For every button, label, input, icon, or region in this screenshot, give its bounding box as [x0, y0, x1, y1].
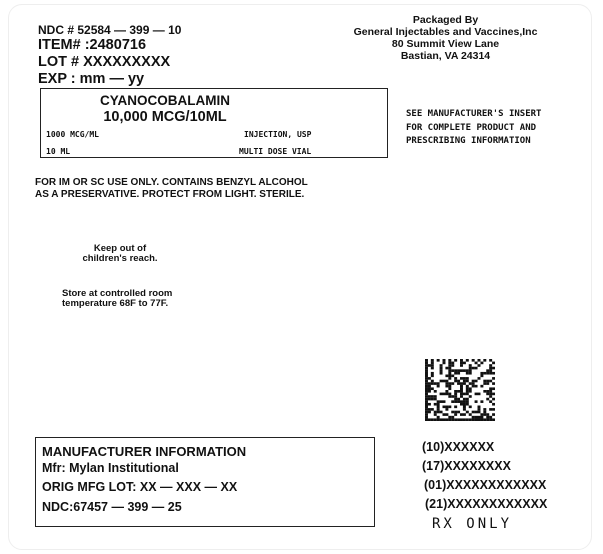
manufacturer-ndc: NDC:67457 — 399 — 25	[42, 497, 374, 517]
usage-warning: FOR IM OR SC USE ONLY. CONTAINS BENZYL A…	[35, 177, 308, 200]
lot-number: LOT # XXXXXXXXX	[38, 54, 181, 71]
product-identifiers: NDC # 52584 — 399 — 10 ITEM# :2480716 LO…	[38, 23, 181, 88]
concentration: 1000 MCG/ML	[46, 130, 99, 139]
packager-heading: Packaged By	[338, 14, 553, 26]
manufacturer-name: Mfr: Mylan Institutional	[42, 460, 374, 477]
drug-strength: 10,000 MCG/10ML	[41, 109, 289, 125]
child-safety-line: children's reach.	[60, 254, 180, 264]
datamatrix-icon	[425, 359, 495, 426]
insert-note: SEE MANUFACTURER'S INSERT FOR COMPLETE P…	[406, 108, 541, 149]
original-mfg-lot: ORIG MFG LOT: XX — XXX — XX	[42, 477, 374, 497]
gs1-expiry: (17)XXXXXXXX	[422, 457, 547, 476]
gs1-batch: (10)XXXXXX	[422, 438, 547, 457]
storage-note: Store at controlled room temperature 68F…	[62, 289, 172, 308]
usage-line: AS A PRESERVATIVE. PROTECT FROM LIGHT. S…	[35, 189, 308, 201]
drug-name: CYANOCOBALAMIN	[41, 93, 289, 108]
gs1-identifiers: (10)XXXXXX (17)XXXXXXXX (01)XXXXXXXXXXXX…	[422, 438, 547, 514]
usage-line: FOR IM OR SC USE ONLY. CONTAINS BENZYL A…	[35, 177, 308, 189]
storage-line: temperature 68F to 77F.	[62, 299, 172, 309]
insert-note-line: PRESCRIBING INFORMATION	[406, 135, 541, 149]
packager-address-line1: 80 Summit View Lane	[338, 38, 553, 50]
gs1-gtin: (01)XXXXXXXXXXXX	[424, 476, 547, 495]
packager-address-line2: Bastian, VA 24314	[338, 50, 553, 62]
product-box: CYANOCOBALAMIN 10,000 MCG/10ML 1000 MCG/…	[40, 88, 388, 158]
child-safety-note: Keep out of children's reach.	[60, 244, 180, 264]
volume: 10 ML	[46, 147, 70, 156]
manufacturer-title: MANUFACTURER INFORMATION	[42, 443, 374, 460]
packager-company: General Injectables and Vaccines,Inc	[338, 26, 553, 38]
package-ndc: NDC # 52584 — 399 — 10	[38, 23, 181, 37]
rx-only-label: RX ONLY	[432, 516, 512, 532]
item-number: ITEM# :2480716	[38, 37, 181, 54]
container-type: MULTI DOSE VIAL	[239, 147, 311, 156]
expiration-date: EXP : mm — yy	[38, 71, 181, 88]
dosage-form: INJECTION, USP	[244, 130, 311, 139]
packager-info: Packaged By General Injectables and Vacc…	[338, 14, 553, 62]
insert-note-line: FOR COMPLETE PRODUCT AND	[406, 122, 541, 136]
insert-note-line: SEE MANUFACTURER'S INSERT	[406, 108, 541, 122]
manufacturer-box: MANUFACTURER INFORMATION Mfr: Mylan Inst…	[35, 437, 375, 527]
gs1-serial: (21)XXXXXXXXXXXX	[425, 495, 547, 514]
